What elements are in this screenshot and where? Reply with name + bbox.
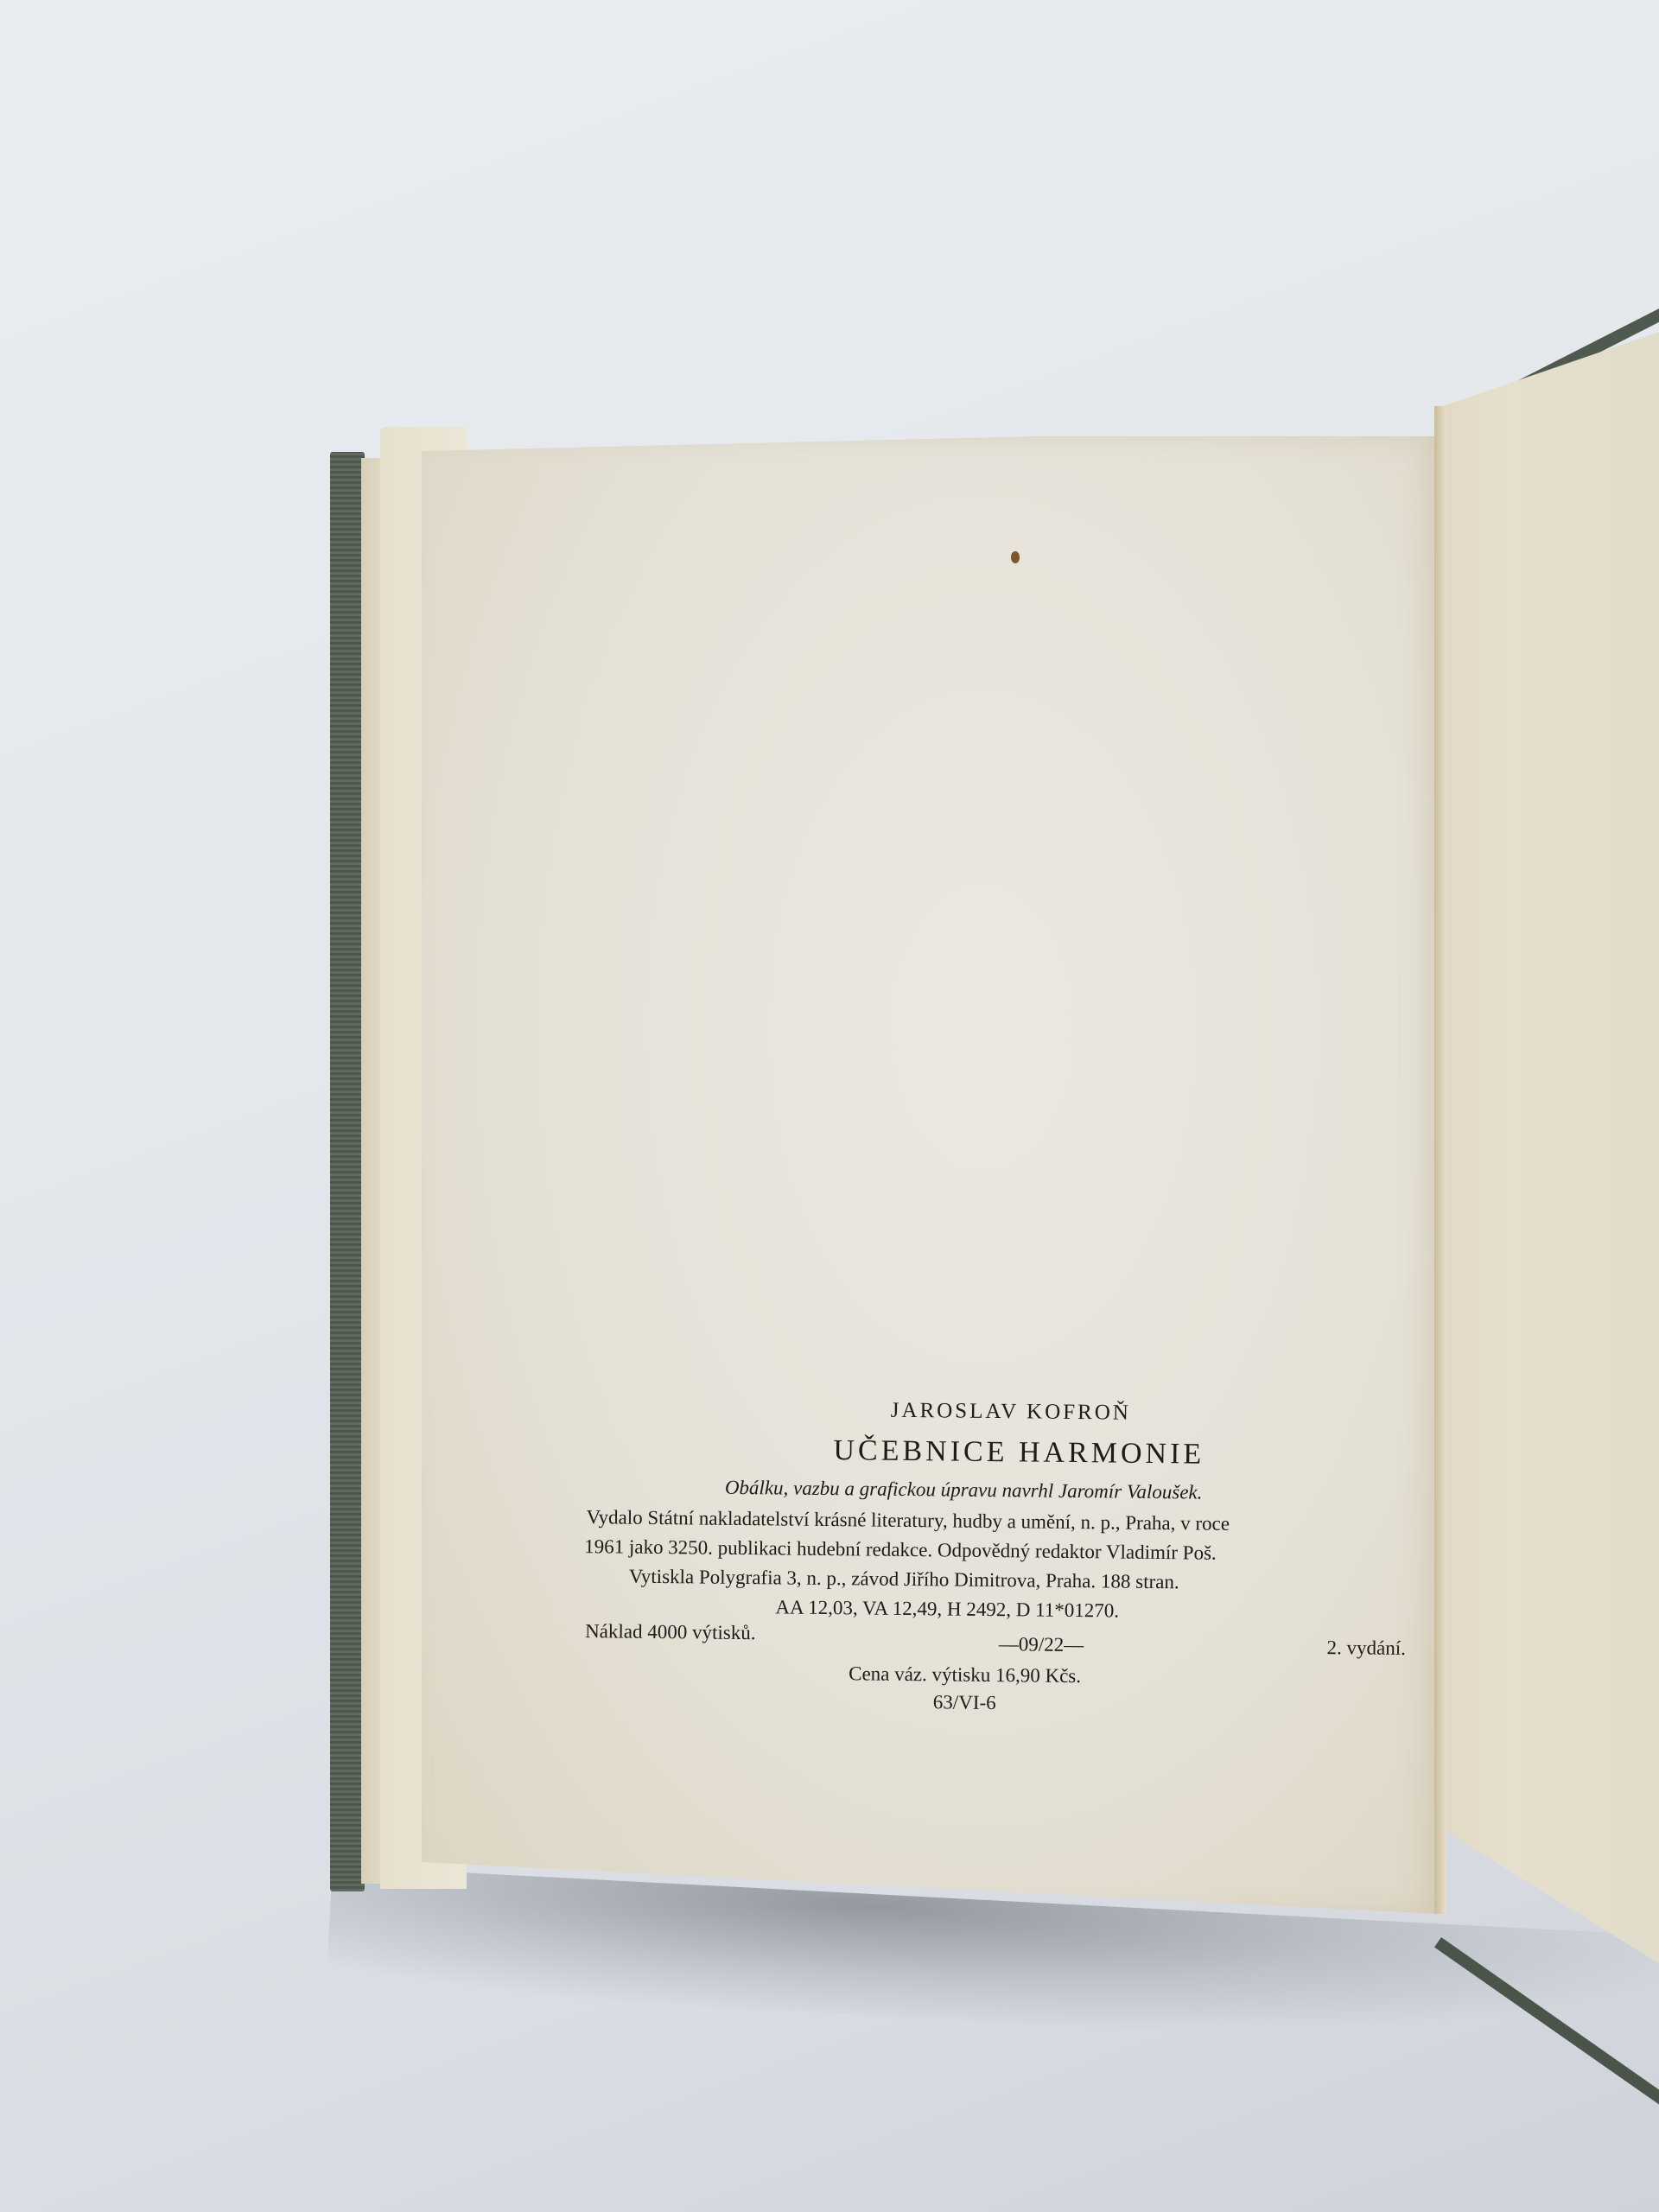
design-credit: Obálku, vazbu a grafickou úpravu navrhl … xyxy=(725,1477,1408,1506)
book-title: UČEBNICE HARMONIE xyxy=(578,1432,1408,1473)
print-number: —09/22— xyxy=(999,1633,1084,1656)
print-run: Náklad 4000 výtisků. xyxy=(585,1620,756,1653)
right-page xyxy=(1445,328,1659,1970)
paper-spot xyxy=(1011,551,1020,563)
colophon-text: JAROSLAV KOFROŇ UČEBNICE HARMONIE Obálku… xyxy=(575,1395,1408,1719)
book-cover-left-edge xyxy=(330,452,365,1891)
price: Cena váz. výtisku 16,90 Kčs. xyxy=(576,1660,1406,1691)
edition: 2. vydání. xyxy=(1326,1637,1406,1660)
book-gutter xyxy=(1434,406,1446,1914)
